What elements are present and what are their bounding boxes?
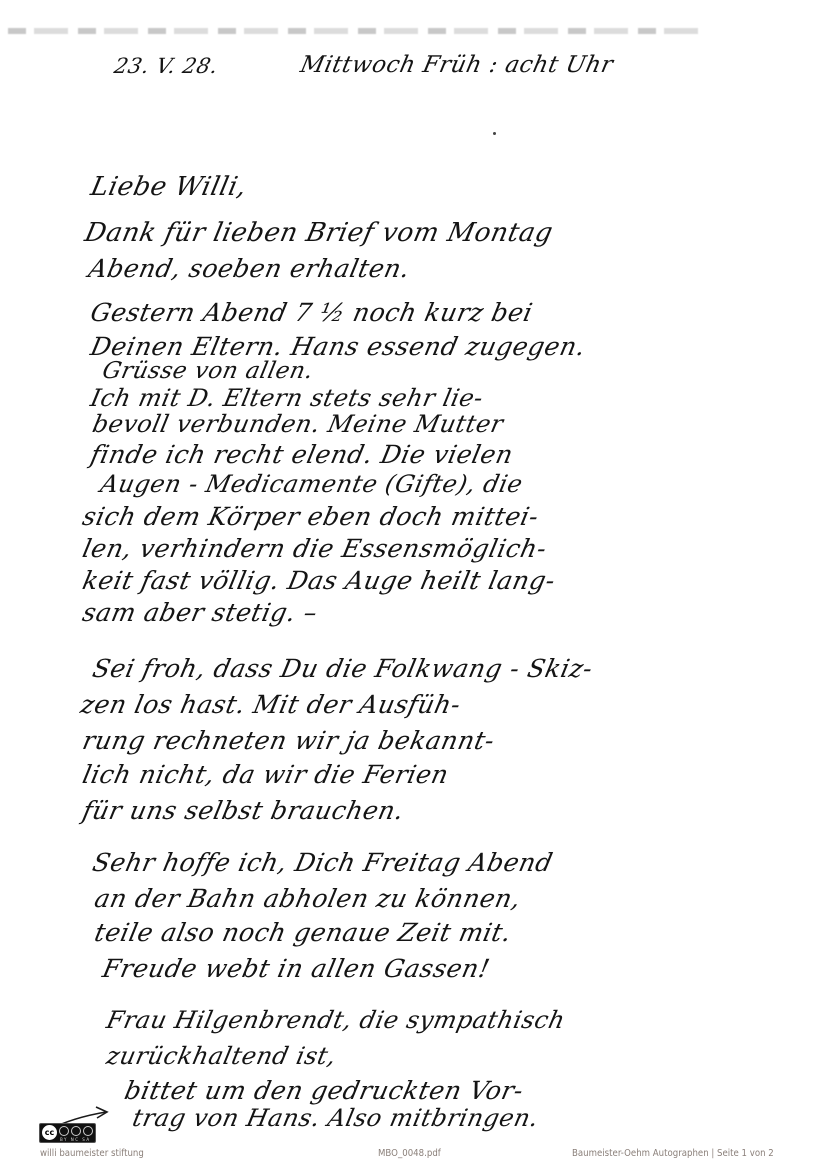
letter-line: Frau Hilgenbrendt, die sympathisch [104, 1006, 568, 1034]
letter-line: finde ich recht elend. Die vielen [88, 440, 516, 469]
sa-icon [83, 1126, 93, 1136]
letter-line: an der Bahn abholen zu können, [92, 884, 524, 913]
letter-line: Augen - Medicamente (Gifte), die [98, 470, 525, 498]
letter-line: Deinen Eltern. Hans essend zugegen. [88, 332, 588, 361]
letter-line: Sehr hoffe ich, Dich Freitag Abend [90, 848, 556, 877]
letter-line: Freude webt in allen Gassen! [100, 954, 493, 983]
letter-line: sich dem Körper eben doch mittei- [80, 502, 541, 531]
letter-line: len, verhindern die Essensmöglich- [80, 534, 549, 563]
letter-line: teile also noch genaue Zeit mit. [92, 918, 514, 947]
letter-line: Dank für lieben Brief vom Montag [82, 218, 556, 248]
letter-line: zurückhaltend ist, [104, 1042, 339, 1070]
letter-line: Liebe Willi, [88, 172, 249, 202]
letter-line: keit fast völlig. Das Auge heilt lang- [80, 566, 558, 595]
letter-line: zen los hast. Mit der Ausfüh- [78, 690, 463, 719]
letter-line: Gestern Abend 7 ½ noch kurz bei [88, 298, 535, 327]
cc-icon: cc [42, 1125, 57, 1140]
letter-line: bevoll verbunden. Meine Mutter [90, 410, 506, 438]
letter-line: sam aber stetig. – [80, 598, 320, 627]
letter-line: lich nicht, da wir die Ferien [80, 760, 451, 789]
ink-dot [493, 132, 496, 135]
letter-line: Ich mit D. Eltern stets sehr lie- [88, 384, 486, 412]
letter-line: Grüsse von allen. [100, 358, 316, 384]
letter-dateline: Mittwoch Früh : acht Uhr [298, 52, 616, 78]
license-terms: BY NC SA [60, 1137, 91, 1142]
letter-line: für uns selbst brauchen. [80, 796, 407, 825]
nc-icon [71, 1126, 81, 1136]
footer-page-info: Baumeister-Oehm Autographen | Seite 1 vo… [572, 1148, 774, 1159]
footer-filename: MBO_0048.pdf [378, 1148, 441, 1159]
letter-line: bittet um den gedruckten Vor- [122, 1076, 526, 1105]
cc-license-badge[interactable]: cc BY NC SA [39, 1123, 96, 1143]
letter-line: Abend, soeben erhalten. [86, 254, 413, 283]
scan-edge-artifact [8, 28, 698, 34]
letter-line: trag von Hans. Also mitbringen. [130, 1104, 541, 1132]
letter-line: rung rechneten wir ja bekannt- [80, 726, 497, 755]
footer-foundation: willi baumeister stiftung [40, 1148, 144, 1159]
by-icon [59, 1126, 69, 1136]
letter-date: 23. V. 28. [112, 54, 220, 78]
document-page: 23. V. 28. Mittwoch Früh : acht Uhr Lieb… [0, 0, 826, 1169]
letter-line: Sei froh, dass Du die Folkwang - Skiz- [90, 654, 595, 683]
